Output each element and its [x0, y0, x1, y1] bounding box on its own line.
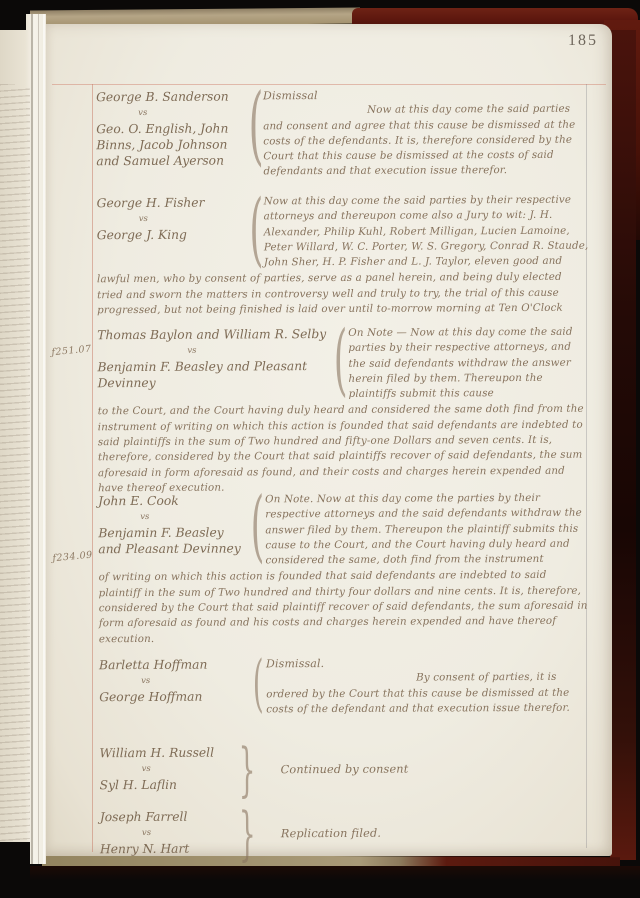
plaintiff-name: William H. Russell [99, 746, 214, 761]
order-title: Dismissal [263, 87, 588, 104]
order-body: On Note. Now at this day come the partie… [265, 491, 590, 569]
versus-label: vs [142, 827, 240, 838]
defendant-name: Syl H. Laflin [100, 778, 177, 792]
entry-baylon-selby-v-beasley-devinney: ƒ251.07 Thomas Baylon and William R. Sel… [97, 325, 590, 497]
background-shadow [0, 842, 30, 898]
entry-fisher-v-king: George H. Fisher vs George J. King ( Now… [97, 193, 590, 319]
book-bottom-leather [0, 866, 640, 880]
entry-order-text: Dismissal. By consent of parties, it is … [266, 655, 591, 718]
brace-icon: ( [249, 194, 264, 264]
order-body: On Note — Now at this day come the said … [348, 325, 589, 403]
versus-label: vs [142, 763, 240, 774]
plaintiff-name: Thomas Baylon and William R. Selby [97, 327, 326, 342]
entry-parties: Thomas Baylon and William R. Selby vs Be… [97, 326, 333, 391]
court-record-entries: George B. Sanderson vs Geo. O. English, … [46, 87, 612, 90]
brace-icon: ( [248, 88, 263, 164]
versus-label: vs [141, 675, 251, 686]
page-crease [31, 14, 33, 864]
brace-icon: ( [333, 326, 348, 395]
defendant-name: George Hoffman [99, 690, 202, 705]
versus-label: vs [140, 511, 250, 522]
plaintiff-name: George H. Fisher [97, 196, 205, 211]
order-body: Now at this day come the said parties an… [263, 102, 588, 180]
brace-icon: } [240, 808, 255, 859]
plaintiff-name: John E. Cook [98, 494, 179, 508]
plaintiff-name: Barletta Hoffman [99, 658, 207, 673]
order-body: Now at this day come the said parties by… [264, 193, 589, 271]
ledger-page: 185 George B. Sanderson vs Geo. O. Engli… [46, 24, 612, 856]
plaintiff-name: George B. Sanderson [96, 90, 229, 105]
entry-cook-v-beasley-devinney: ƒ234.09 John E. Cook vs Benjamin F. Beas… [98, 491, 591, 648]
entry-parties: Joseph Farrell vs Henry N. Hart [100, 808, 240, 857]
entry-order-text: Dismissal Now at this day come the said … [263, 87, 588, 180]
page-crease [43, 14, 45, 864]
entry-order-text: Replication filed. [255, 807, 592, 861]
entry-parties: William H. Russell vs Syl H. Laflin [99, 744, 239, 793]
background-shadow [0, 0, 26, 30]
entry-hoffman-v-hoffman: Barletta Hoffman vs George Hoffman ( Dis… [99, 655, 591, 719]
defendant-name: George J. King [97, 228, 187, 242]
page-crease [38, 14, 39, 864]
entry-order-text: On Note — Now at this day come the said … [348, 325, 589, 403]
entry-parties: George H. Fisher vs George J. King [97, 194, 249, 243]
order-body-continued: lawful men, who by consent of parties, s… [97, 270, 589, 318]
order-body: By consent of parties, it is ordered by … [266, 670, 591, 718]
entry-order-text: Now at this day come the said parties by… [264, 193, 589, 271]
entry-russell-v-laflin: William H. Russell vs Syl H. Laflin } Co… [99, 743, 591, 798]
page-number: 185 [568, 32, 598, 50]
entry-order-text: Continued by consent [254, 743, 591, 797]
defendant-name: Benjamin F. Beasley and Pleasant Devinne… [98, 526, 240, 557]
entry-parties: Barletta Hoffman vs George Hoffman [99, 656, 251, 705]
plaintiff-name: Joseph Farrell [100, 810, 188, 824]
entry-order-text: On Note. Now at this day come the partie… [265, 491, 590, 569]
header-rule-line [52, 84, 606, 85]
left-margin-rule-line [92, 84, 93, 852]
brace-icon: ( [251, 656, 266, 711]
margin-judgment-amount: ƒ234.09 [52, 550, 93, 565]
entry-parties: George B. Sanderson vs Geo. O. English, … [96, 88, 248, 169]
brace-icon: } [239, 744, 254, 795]
entry-parties: John E. Cook vs Benjamin F. Beasley and … [98, 492, 250, 557]
defendant-name: Henry N. Hart [100, 842, 189, 856]
defendant-name: Geo. O. English, John Binns, Jacob Johns… [96, 122, 228, 169]
facing-page-edge [0, 14, 46, 864]
book-right-edge-leather [610, 30, 636, 860]
order-body-continued: to the Court, and the Court having duly … [98, 402, 590, 496]
entry-farrell-v-hart: Joseph Farrell vs Henry N. Hart } Replic… [100, 807, 592, 862]
order-title: Dismissal. [266, 655, 591, 672]
entry-sanderson-v-english: George B. Sanderson vs Geo. O. English, … [96, 87, 588, 181]
versus-label: vs [187, 345, 333, 356]
brace-icon: ( [250, 492, 265, 561]
ledger-photo: 185 George B. Sanderson vs Geo. O. Engli… [0, 0, 640, 898]
versus-label: vs [139, 213, 249, 224]
versus-label: vs [138, 107, 248, 118]
facing-page-handwriting-bleed [0, 84, 30, 854]
margin-judgment-amount: ƒ251.07 [51, 344, 92, 359]
defendant-name: Benjamin F. Beasley and Pleasant Devinne… [97, 359, 307, 390]
order-body-continued: of writing on which this action is found… [99, 568, 591, 647]
